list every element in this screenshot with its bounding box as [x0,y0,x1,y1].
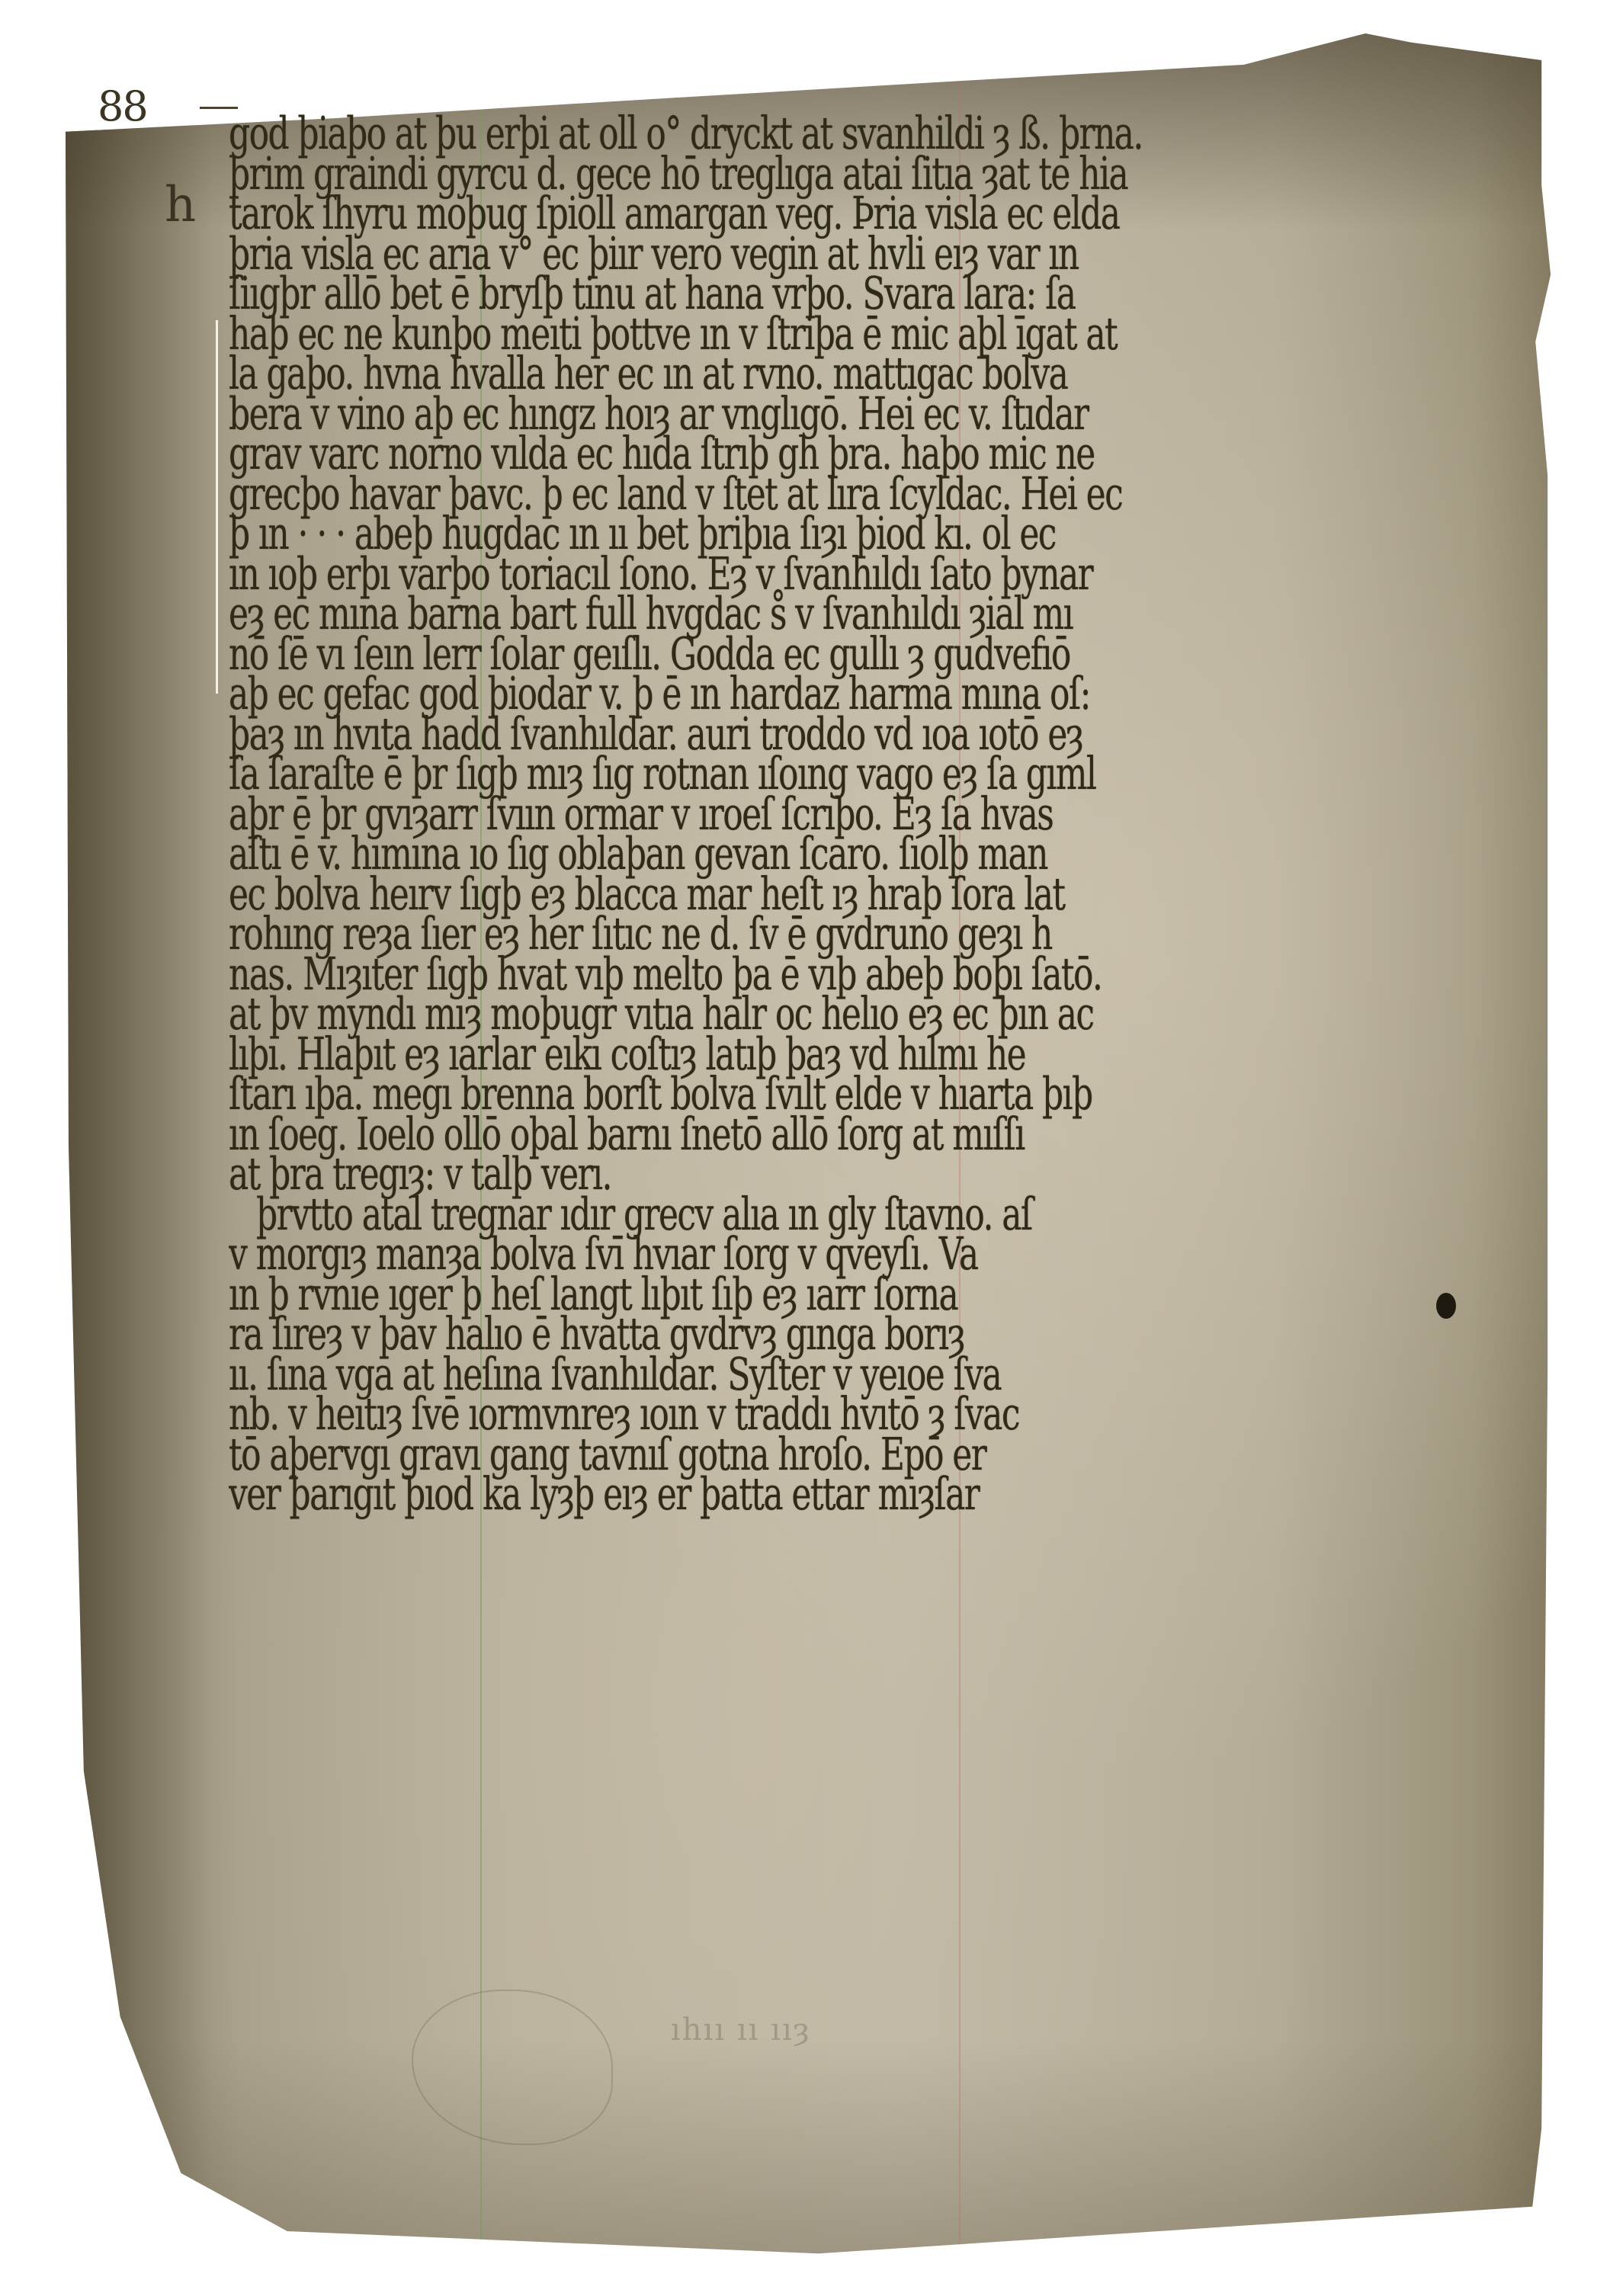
manuscript-text-block: god þiaþo at þu erþi at oll o° dryckt at… [229,114,1464,1515]
faint-pencil-annotation: ıhıı ıı ııȝ [671,2012,811,2047]
margin-initial-mark: h [165,177,196,233]
text-line: ver þarıgıt þıod ka lyȝþ eıȝ er þatta et… [229,1468,1464,1522]
folio-number: 88 [98,82,147,130]
scan-guide-line [1552,29,1554,2262]
parchment-scratch [216,320,218,694]
ink-blot [1436,1293,1456,1319]
